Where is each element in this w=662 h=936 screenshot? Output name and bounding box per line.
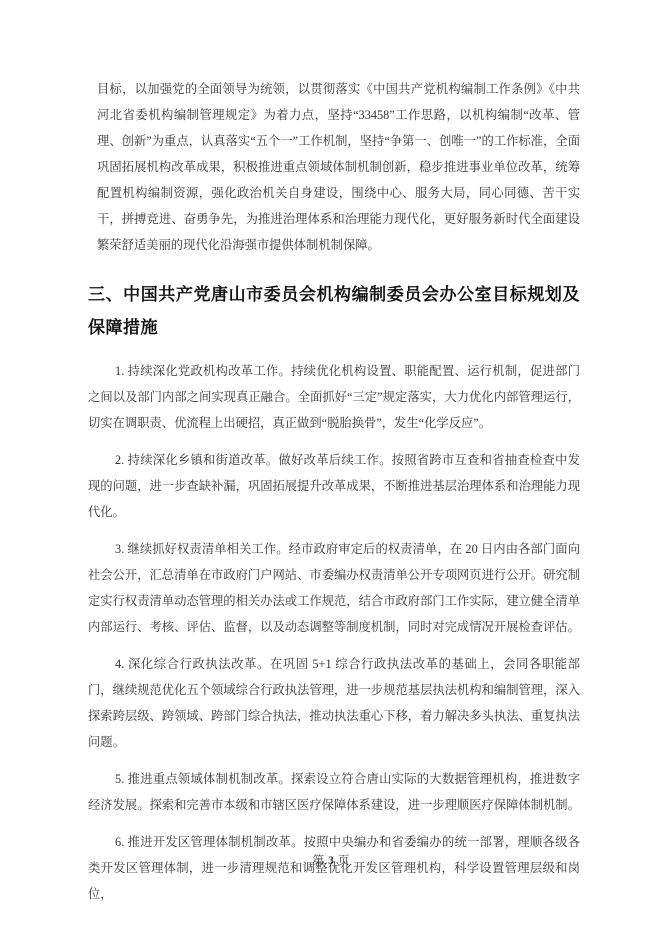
section-heading: 三、中国共产党唐山市委员会机构编制委员会办公室目标规划及保障措施 bbox=[88, 278, 580, 344]
body-paragraph-4: 4. 深化综合行政执法改革。在巩固 5+1 综合行政执法改革的基础上，会同各职能… bbox=[88, 651, 580, 755]
body-paragraph-6: 6. 推进开发区管理体制机制改革。按照中央编办和省委编办的统一部署，理顺各级各类… bbox=[88, 829, 580, 907]
body-paragraph-1: 1. 持续深化党政机构改革工作。持续优化机构设置、职能配置、运行机制，促进部门之… bbox=[88, 358, 580, 436]
body-paragraph-continuation: 目标，以加强党的全面领导为统领，以贯彻落实《中国共产党机构编制工作条例》《中共河… bbox=[97, 76, 580, 258]
document-page: 目标，以加强党的全面领导为统领，以贯彻落实《中国共产党机构编制工作条例》《中共河… bbox=[0, 0, 662, 936]
page-number-suffix: 页 bbox=[338, 855, 350, 867]
body-paragraph-3: 3. 继续抓好权责清单相关工作。经市政府审定后的权责清单，在 20 日内由各部门… bbox=[88, 536, 580, 640]
page-footer: 第3页 bbox=[0, 854, 662, 868]
page-content: 目标，以加强党的全面领导为统领，以贯彻落实《中国共产党机构编制工作条例》《中共河… bbox=[88, 76, 580, 918]
page-number: 3 bbox=[328, 855, 334, 867]
body-paragraph-2: 2. 持续深化乡镇和街道改革。做好改革后续工作。按照省跨市互查和省抽查检查中发现… bbox=[88, 447, 580, 525]
page-number-prefix: 第 bbox=[313, 855, 325, 867]
body-paragraph-5: 5. 推进重点领域体制机制改革。探索设立符合唐山实际的大数据管理机构，推进数字经… bbox=[88, 766, 580, 818]
